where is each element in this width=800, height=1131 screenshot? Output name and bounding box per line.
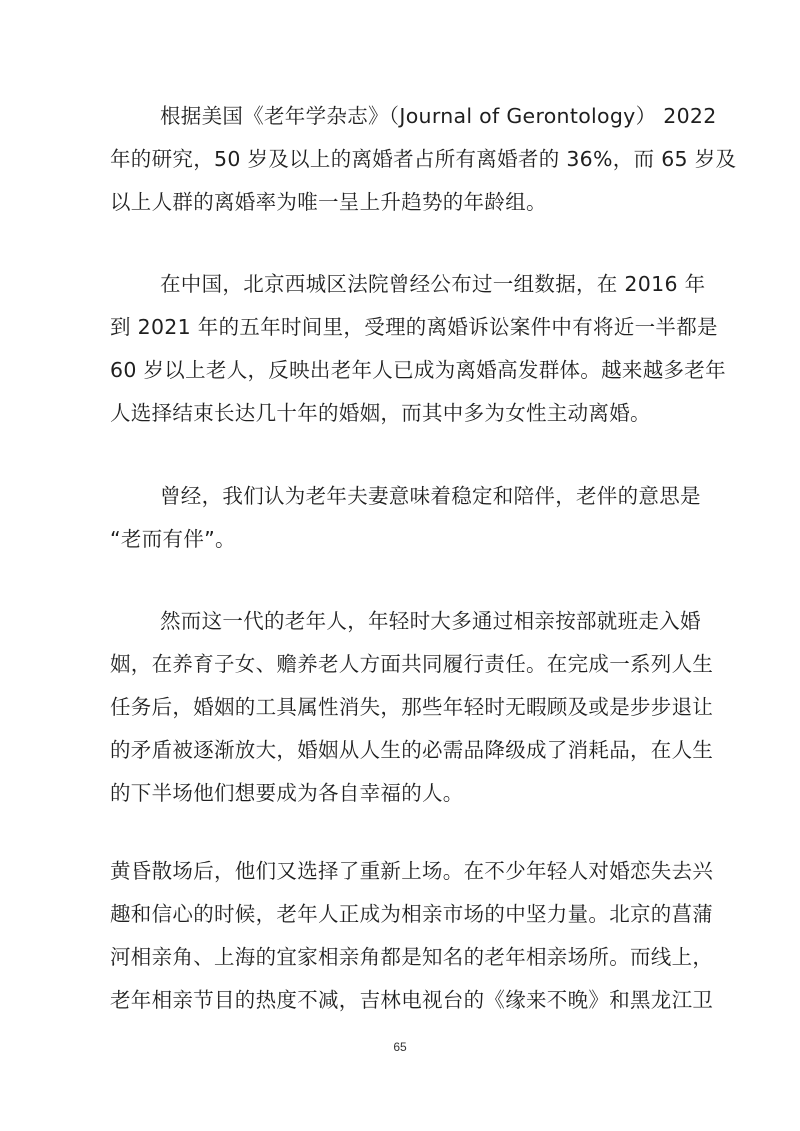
text-line: 曾经，我们认为老年夫妻意味着稳定和陪伴，老伴的意思是: [110, 475, 692, 518]
text-line: 姻，在养育子女、赡养老人方面共同履行责任。在完成一系列人生: [110, 643, 692, 686]
text-line: 老年相亲节目的热度不减，吉林电视台的《缘来不晚》和黑龙江卫: [110, 979, 692, 1022]
text-line: 年的研究，50 岁及以上的离婚者占所有离婚者的 36%，而 65 岁及: [110, 138, 692, 181]
text-line: 趣和信心的时候，老年人正成为相亲市场的中坚力量。北京的菖蒲: [110, 893, 692, 936]
text-line: 的矛盾被逐渐放大，婚姻从人生的必需品降级成了消耗品，在人生: [110, 729, 692, 772]
text-line: 的下半场他们想要成为各自幸福的人。: [110, 772, 692, 815]
paragraph-1: 根据美国《老年学杂志》（Journal of Gerontology） 2022…: [110, 95, 692, 224]
text-line: “老而有伴”。: [110, 518, 692, 561]
paragraph-3: 曾经，我们认为老年夫妻意味着稳定和陪伴，老伴的意思是 “老而有伴”。: [110, 475, 692, 561]
text-line: 任务后，婚姻的工具属性消失，那些年轻时无暇顾及或是步步退让: [110, 686, 692, 729]
text-line: 在中国，北京西城区法院曾经公布过一组数据，在 2016 年: [110, 263, 692, 306]
text-line: 河相亲角、上海的宜家相亲角都是知名的老年相亲场所。而线上，: [110, 936, 692, 979]
text-line: 到 2021 年的五年时间里，受理的离婚诉讼案件中有将近一半都是: [110, 306, 692, 349]
paragraph-5: 黄昏散场后，他们又选择了重新上场。在不少年轻人对婚恋失去兴 趣和信心的时候，老年…: [110, 850, 692, 1022]
text-line: 然而这一代的老年人，年轻时大多通过相亲按部就班走入婚: [110, 600, 692, 643]
text-line: 人选择结束长达几十年的婚姻，而其中多为女性主动离婚。: [110, 392, 692, 435]
paragraph-4: 然而这一代的老年人，年轻时大多通过相亲按部就班走入婚 姻，在养育子女、赡养老人方…: [110, 600, 692, 815]
text-line: 60 岁以上老人，反映出老年人已成为离婚高发群体。越来越多老年: [110, 349, 692, 392]
document-page: 根据美国《老年学杂志》（Journal of Gerontology） 2022…: [0, 0, 800, 1131]
text-line: 根据美国《老年学杂志》（Journal of Gerontology） 2022: [110, 95, 692, 138]
text-line: 以上人群的离婚率为唯一呈上升趋势的年龄组。: [110, 181, 692, 224]
paragraph-2: 在中国，北京西城区法院曾经公布过一组数据，在 2016 年 到 2021 年的五…: [110, 263, 692, 435]
text-line: 黄昏散场后，他们又选择了重新上场。在不少年轻人对婚恋失去兴: [110, 850, 692, 893]
page-number: 65: [0, 1040, 800, 1054]
